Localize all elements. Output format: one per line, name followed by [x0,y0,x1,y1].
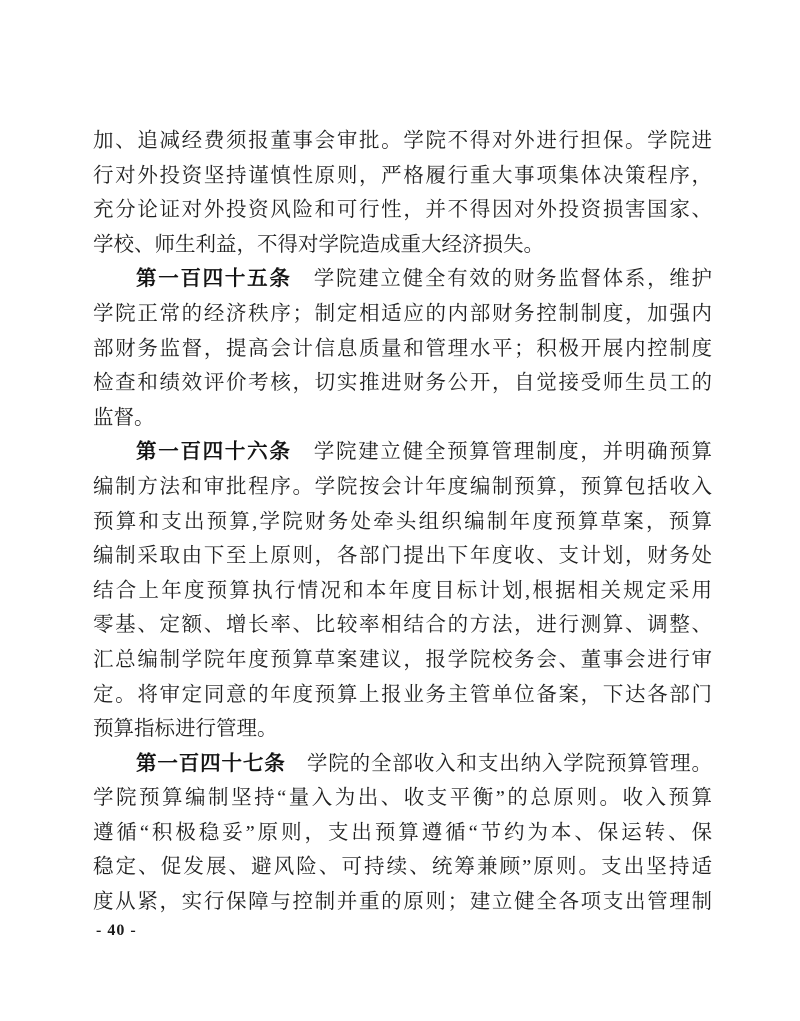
text-line: 汇总编制学院年度预算草案建议，报学院校务会、董事会进行审 [93,643,712,678]
article-number-147: 第一百四十七条 [136,753,286,775]
text-line: 检查和绩效评价考核，切实推进财务公开，自觉接受师生员工的 [93,366,712,401]
text-line: 定。将审定同意的年度预算上报业务主管单位备案，下达各部门 [93,678,712,713]
article-number-146: 第一百四十六条 [136,441,292,463]
text-line: 第一百四十六条 学院建立健全预算管理制度，并明确预算 [93,435,712,470]
text-line: 预算和支出预算,学院财务处牵头组织编制年度预算草案，预算 [93,505,712,540]
page-number: - 40 - [96,920,137,942]
paragraph-article-147: 第一百四十七条 学院的全部收入和支出纳入学院预算管理。 学院预算编制坚持“量入为… [93,747,712,920]
text-line: 编制采取由下至上原则，各部门提出下年度收、支计划，财务处 [93,539,712,574]
text-line: 编制方法和审批程序。学院按会计年度编制预算，预算包括收入 [93,470,712,505]
text-line: 学院预算编制坚持“量入为出、收支平衡”的总原则。收入预算 [93,781,712,816]
paragraph-article-144-continuation: 加、追减经费须报董事会审批。学院不得对外进行担保。学院进 行对外投资坚持谨慎性原… [93,124,712,262]
article-line-rest: 学院建立健全有效的财务监督体系，维护 [292,268,712,290]
paragraph-article-145: 第一百四十五条 学院建立健全有效的财务监督体系，维护 学院正常的经济秩序；制定相… [93,262,712,435]
text-line: 结合上年度预算执行情况和本年度目标计划,根据相关规定采用 [93,574,712,609]
text-line: 监督。 [93,401,712,436]
text-line: 部财务监督，提高会计信息质量和管理水平；积极开展内控制度 [93,332,712,367]
text-line: 行对外投资坚持谨慎性原则，严格履行重大事项集体决策程序， [93,159,712,194]
text-line: 遵循“积极稳妥”原则，支出预算遵循“节约为本、保运转、保 [93,816,712,851]
article-line-rest: 学院的全部收入和支出纳入学院预算管理。 [286,753,712,775]
text-line: 学院正常的经济秩序；制定相适应的内部财务控制制度，加强内 [93,297,712,332]
article-line-rest: 学院建立健全预算管理制度，并明确预算 [292,441,712,463]
text-line: 度从紧，实行保障与控制并重的原则；建立健全各项支出管理制 [93,885,712,920]
page-body: 加、追减经费须报董事会审批。学院不得对外进行担保。学院进 行对外投资坚持谨慎性原… [93,124,712,920]
article-number-145: 第一百四十五条 [136,268,292,290]
text-line: 第一百四十七条 学院的全部收入和支出纳入学院预算管理。 [93,747,712,782]
text-line: 第一百四十五条 学院建立健全有效的财务监督体系，维护 [93,262,712,297]
text-line: 预算指标进行管理。 [93,712,712,747]
text-line: 充分论证对外投资风险和可行性，并不得因对外投资损害国家、 [93,193,712,228]
text-line: 学校、师生利益，不得对学院造成重大经济损失。 [93,228,712,263]
paragraph-article-146: 第一百四十六条 学院建立健全预算管理制度，并明确预算 编制方法和审批程序。学院按… [93,435,712,746]
text-line: 零基、定额、增长率、比较率相结合的方法，进行测算、调整、 [93,608,712,643]
text-line: 加、追减经费须报董事会审批。学院不得对外进行担保。学院进 [93,124,712,159]
document-page: 加、追减经费须报董事会审批。学院不得对外进行担保。学院进 行对外投资坚持谨慎性原… [0,0,800,1021]
text-line: 稳定、促发展、避风险、可持续、统筹兼顾”原则。支出坚持适 [93,850,712,885]
